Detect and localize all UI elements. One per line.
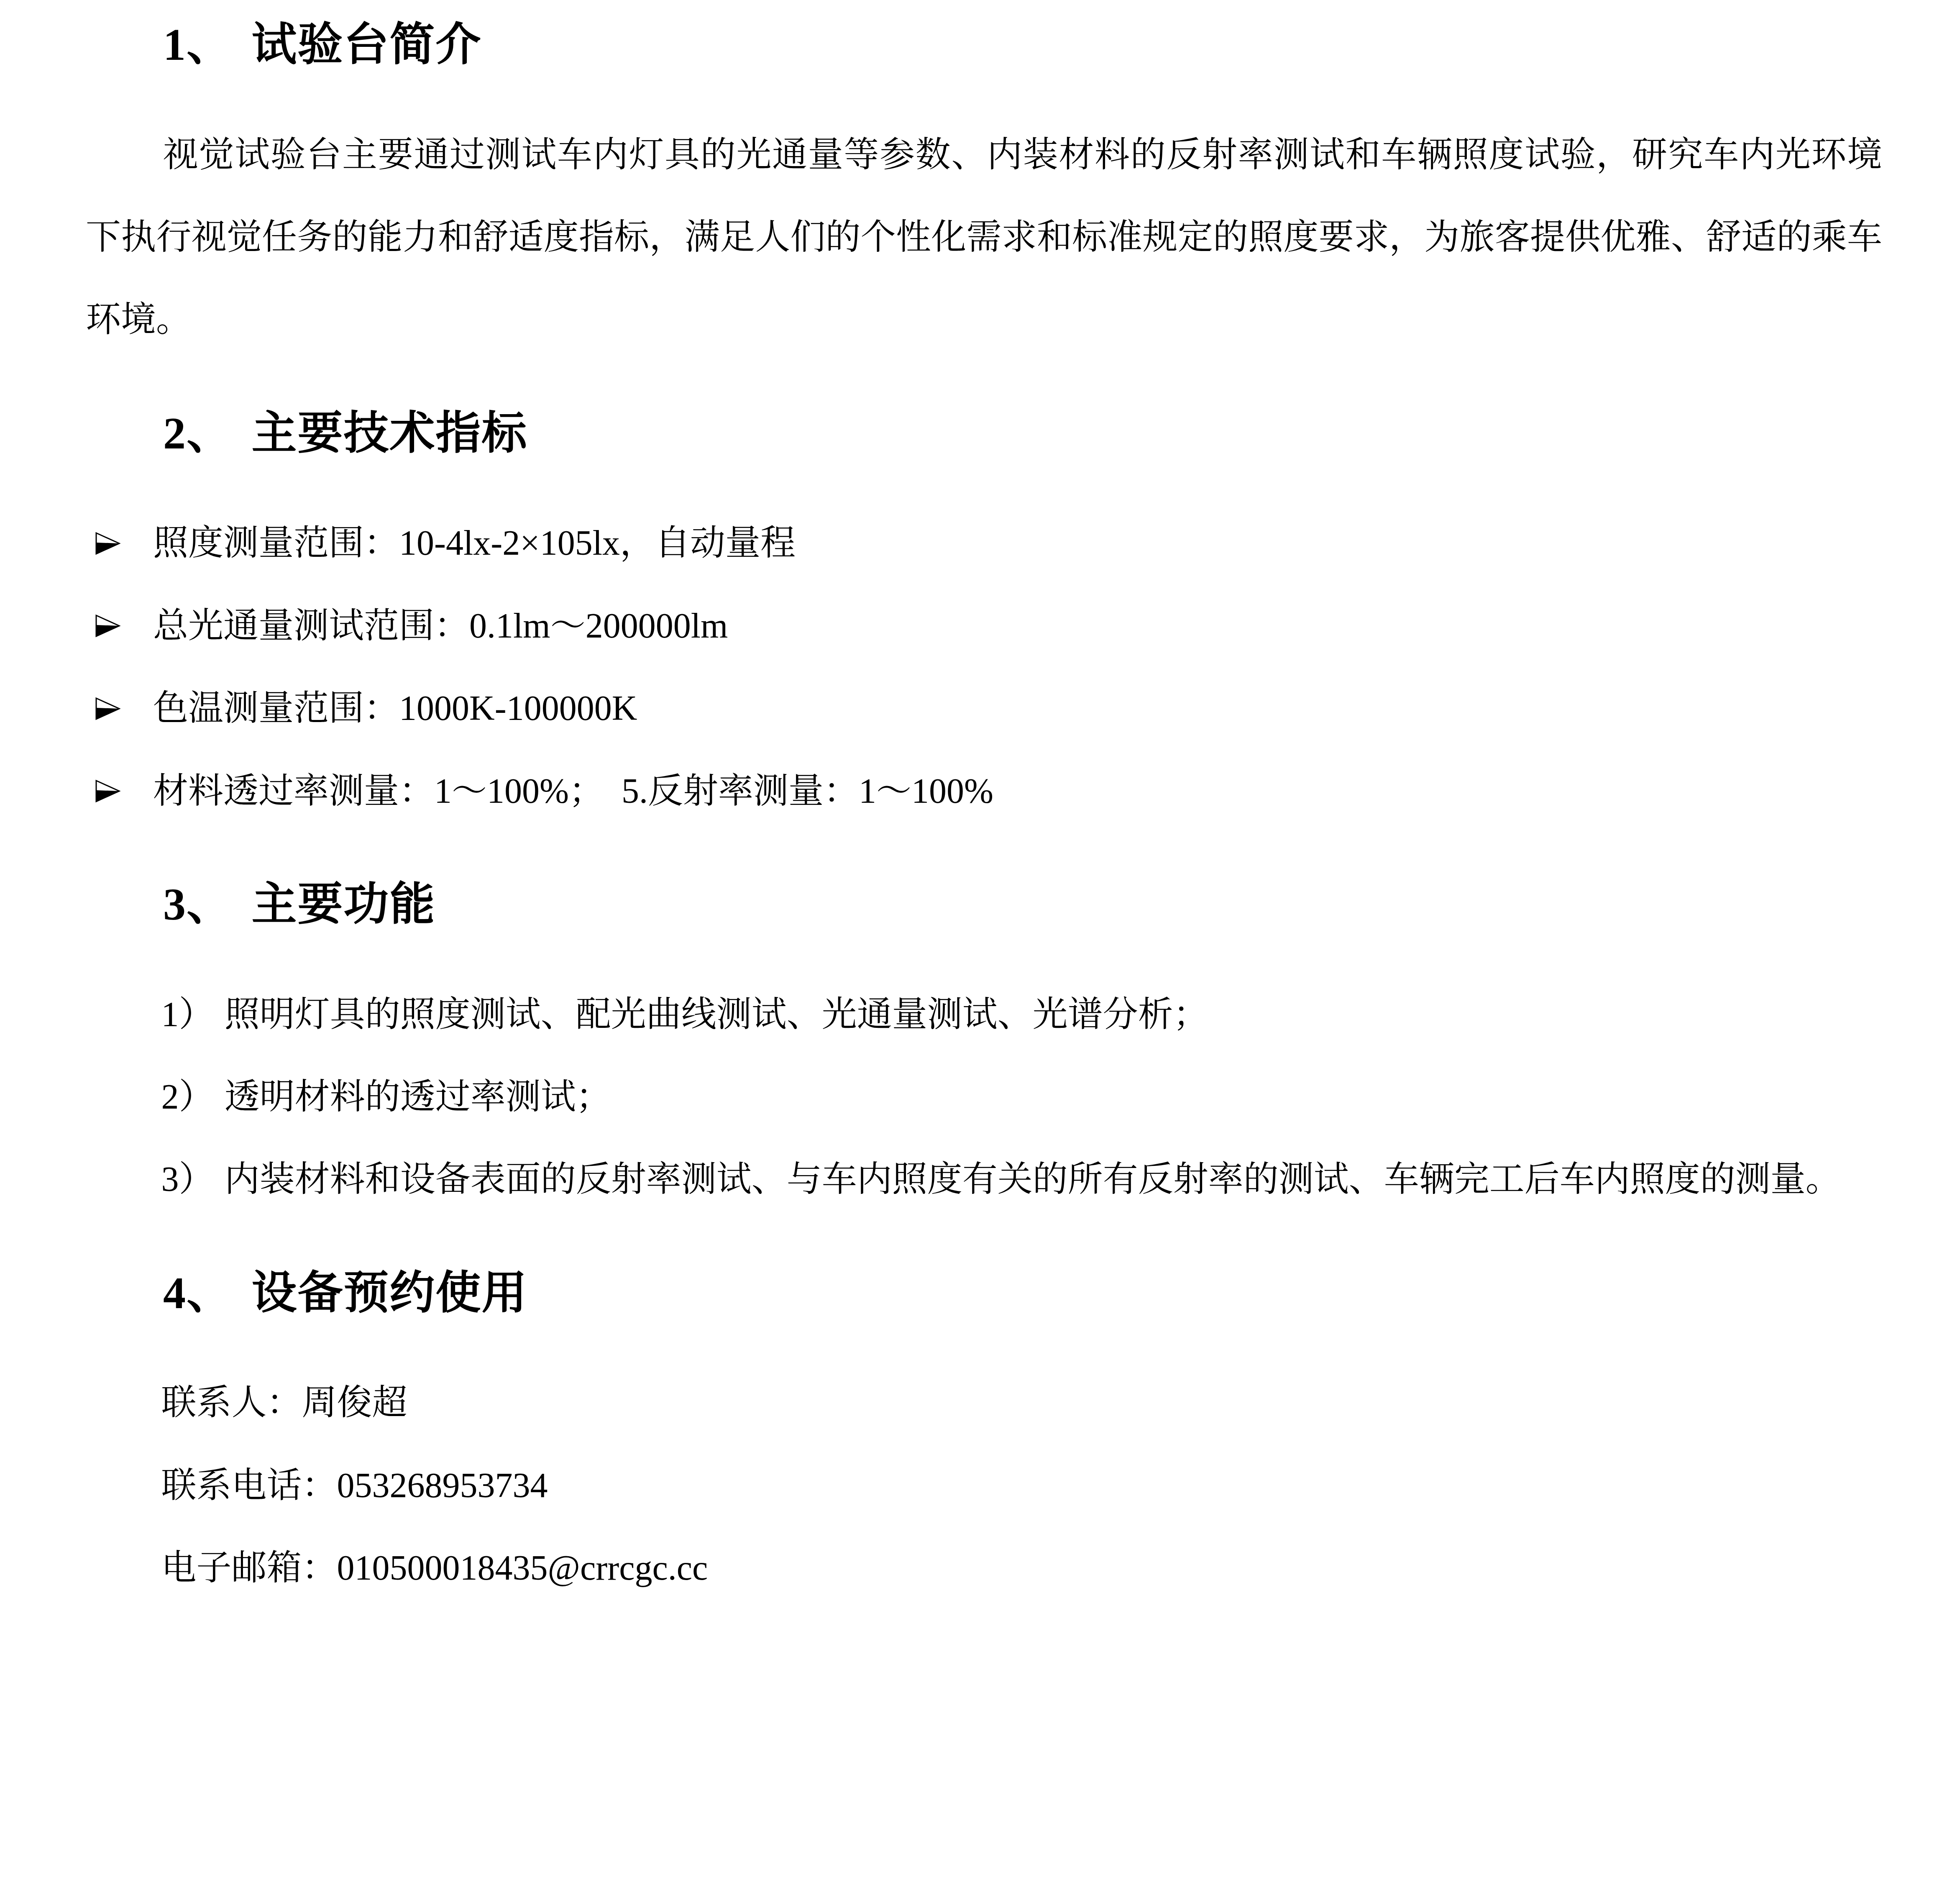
contact-label: 联系电话：: [161, 1466, 337, 1505]
heading-number: 2、: [163, 409, 233, 458]
contact-value: 周俊超: [302, 1383, 407, 1422]
heading-number: 1、: [163, 20, 233, 70]
item-label: 3）: [161, 1160, 214, 1199]
spec-bullet-list: 照度测量范围：10-4lx-2×105lx，自动量程 总光通量测试范围：0.1l…: [86, 502, 1882, 832]
section-1-heading: 1、试验台简介: [163, 13, 1882, 78]
document-page: 1、试验台简介 视觉试验台主要通过测试车内灯具的光通量等参数、内装材料的反射率测…: [0, 0, 1960, 1880]
function-item: 3）内装材料和设备表面的反射率测试、与车内照度有关的所有反射率的测试、车辆完工后…: [86, 1138, 1882, 1221]
bullet-text: 照度测量范围：10-4lx-2×105lx，自动量程: [153, 502, 796, 584]
arrow-bullet-icon: [86, 695, 153, 722]
contact-label: 电子邮箱：: [161, 1549, 337, 1588]
heading-title: 主要技术指标: [251, 409, 527, 458]
section-3-heading: 3、主要功能: [163, 872, 1882, 938]
heading-title: 试验台简介: [251, 20, 481, 70]
contact-value: 010500018435@crrcgc.cc: [337, 1549, 708, 1588]
function-item: 1）照明灯具的照度测试、配光曲线测试、光通量测试、光谱分析；: [86, 973, 1882, 1056]
intro-paragraph: 视觉试验台主要通过测试车内灯具的光通量等参数、内装材料的反射率测试和车辆照度试验…: [86, 114, 1882, 361]
spec-bullet-item: 总光通量测试范围：0.1lm～200000lm: [86, 585, 1882, 667]
heading-title: 设备预约使用: [251, 1268, 527, 1318]
item-text: 照明灯具的照度测试、配光曲线测试、光通量测试、光谱分析；: [225, 995, 1208, 1034]
spec-bullet-item: 色温测量范围：1000K-100000K: [86, 667, 1882, 750]
contact-value: 053268953734: [337, 1466, 548, 1505]
arrow-bullet-icon: [86, 778, 153, 804]
heading-number: 4、: [163, 1268, 233, 1318]
contact-person-line: 联系人：周俊超: [86, 1362, 1882, 1444]
spec-bullet-item: 材料透过率测量：1～100%； 5.反射率测量：1～100%: [86, 750, 1882, 832]
contact-email-line: 电子邮箱：010500018435@crrcgc.cc: [86, 1527, 1882, 1609]
section-4-heading: 4、设备预约使用: [163, 1261, 1882, 1327]
function-list: 1）照明灯具的照度测试、配光曲线测试、光通量测试、光谱分析； 2）透明材料的透过…: [86, 973, 1882, 1221]
spec-bullet-item: 照度测量范围：10-4lx-2×105lx，自动量程: [86, 502, 1882, 584]
heading-number: 3、: [163, 880, 233, 930]
bullet-text: 总光通量测试范围：0.1lm～200000lm: [153, 585, 728, 667]
item-text: 内装材料和设备表面的反射率测试、与车内照度有关的所有反射率的测试、车辆完工后车内…: [225, 1160, 1841, 1199]
item-label: 2）: [161, 1078, 214, 1117]
item-label: 1）: [161, 995, 214, 1034]
item-text: 透明材料的透过率测试；: [225, 1078, 611, 1117]
contact-label: 联系人：: [161, 1383, 302, 1422]
heading-title: 主要功能: [251, 880, 435, 930]
section-2-heading: 2、主要技术指标: [163, 401, 1882, 467]
function-item: 2）透明材料的透过率测试；: [86, 1056, 1882, 1138]
contact-list: 联系人：周俊超 联系电话：053268953734 电子邮箱：010500018…: [86, 1362, 1882, 1609]
contact-phone-line: 联系电话：053268953734: [86, 1445, 1882, 1527]
bullet-text: 色温测量范围：1000K-100000K: [153, 667, 637, 750]
arrow-bullet-icon: [86, 612, 153, 639]
arrow-bullet-icon: [86, 530, 153, 557]
bullet-text: 材料透过率测量：1～100%； 5.反射率测量：1～100%: [153, 750, 993, 832]
